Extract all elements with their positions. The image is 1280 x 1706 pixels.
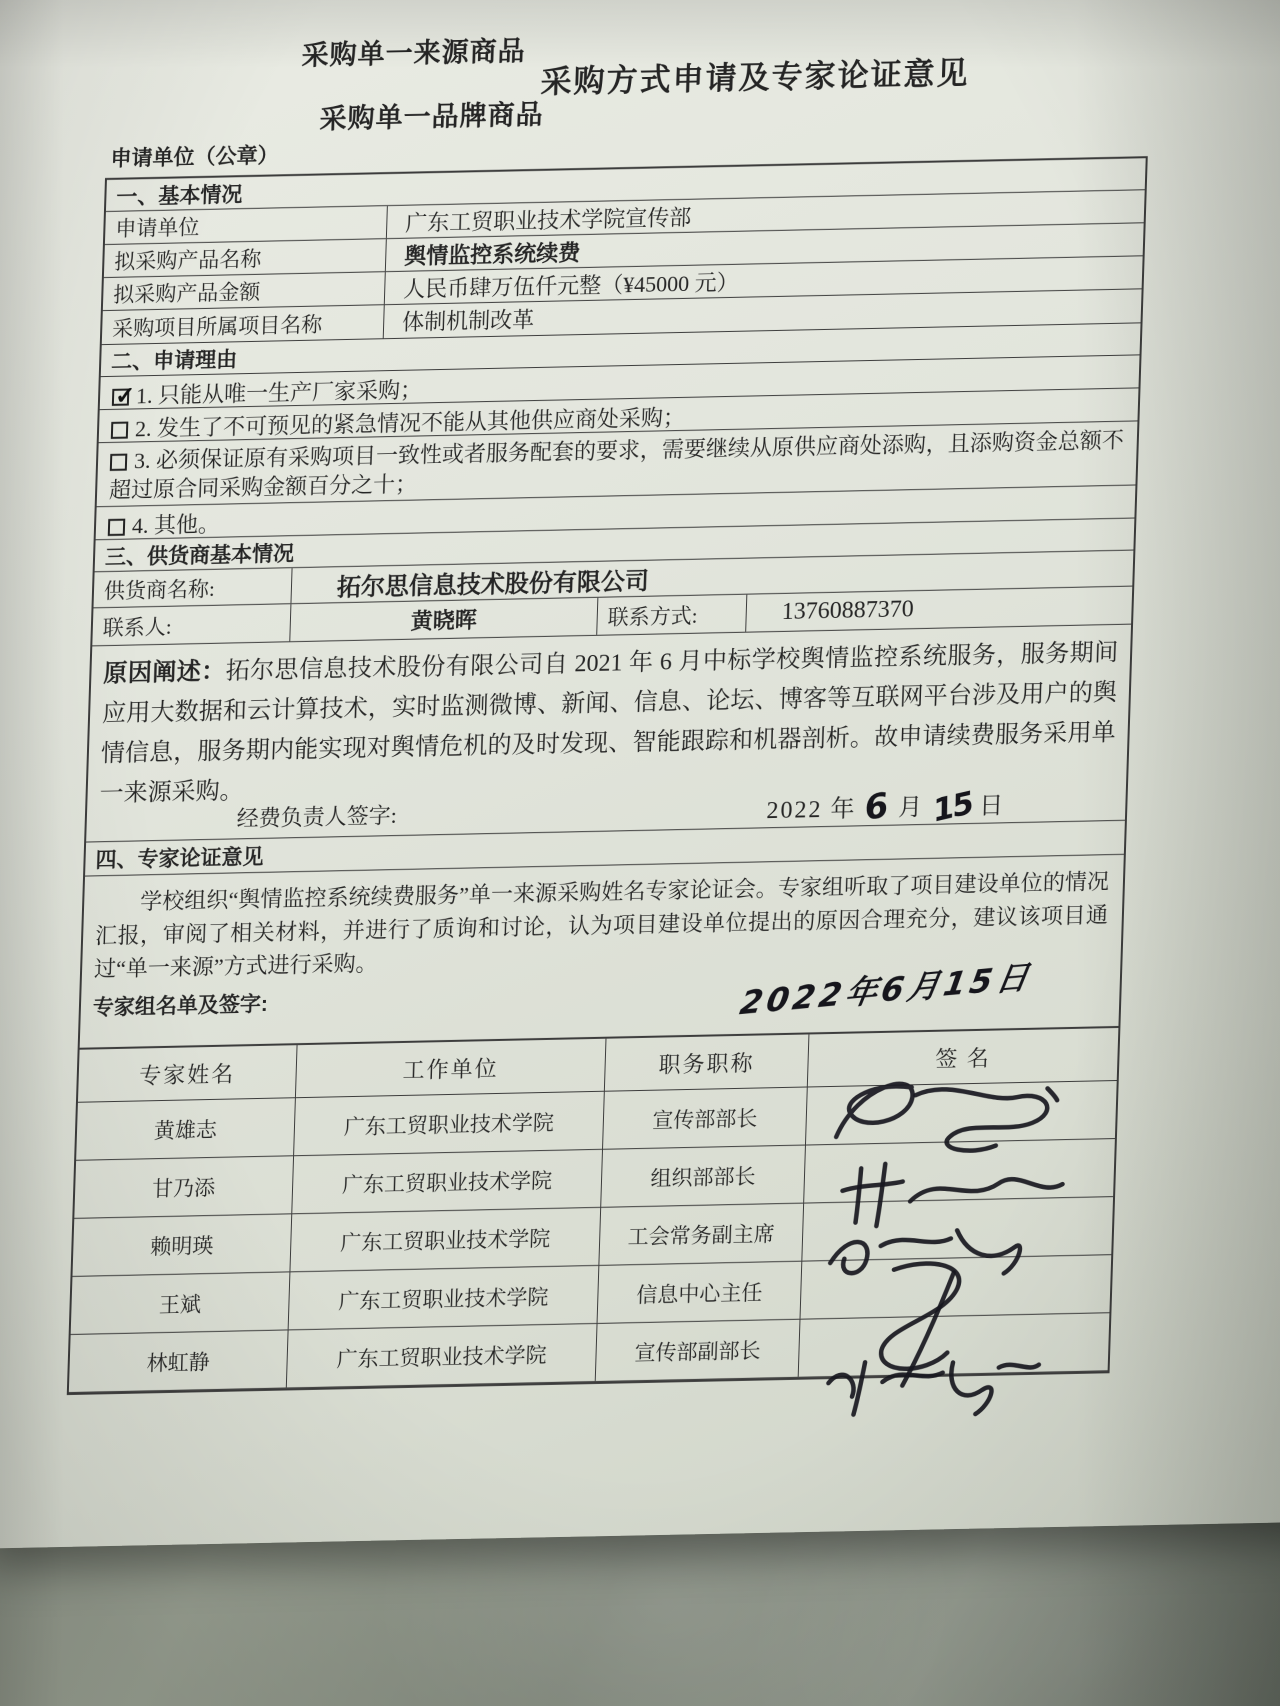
reason-option-text: 1. 只能从唯一生产厂家采购； — [136, 377, 423, 408]
expert-table-header-org: 工作单位 — [295, 1039, 606, 1098]
checkbox-checked — [112, 389, 130, 406]
expert-name: 王斌 — [71, 1271, 290, 1334]
handwritten-month: 6 — [863, 785, 893, 829]
row-label: 拟采购产品名称 — [104, 239, 387, 277]
contact-name: 黄晓晖 — [290, 601, 597, 638]
section2-title: 二、申请理由 — [101, 343, 238, 376]
date-month-unit: 月 — [898, 795, 925, 822]
approval-date: 2022 年 6 月 15 日 — [766, 782, 1006, 827]
form-table: 一、基本情况 申请单位 广东工贸职业技术学院宣传部 拟采购产品名称 舆情监控系统… — [67, 156, 1148, 1395]
checkbox-unchecked — [108, 519, 126, 536]
handwritten-day: 15 — [930, 785, 975, 829]
checkbox-unchecked — [111, 422, 129, 439]
expert-name: 甘乃添 — [74, 1155, 293, 1218]
row-label: 申请单位 — [105, 206, 388, 244]
form-content: 采购单一来源商品 采购方式申请及专家论证意见 采购单一品牌商品 申请单位（公章）… — [0, 0, 1280, 1563]
section4-title: 四、专家论证意见 — [85, 840, 264, 874]
expert-name: 林虹静 — [69, 1329, 288, 1392]
expert-org: 广东工贸职业技术学院 — [286, 1323, 597, 1388]
row-label: 采购项目所属项目名称 — [102, 305, 385, 344]
panel-label: 专家组名单及签字: — [92, 988, 268, 1022]
expert-title: 组织部部长 — [600, 1145, 805, 1207]
form-option-single-source: 采购单一来源商品 — [301, 29, 526, 73]
expert-title: 信息中心主任 — [597, 1261, 802, 1323]
budget-signer-label: 经费负责人签字: — [236, 799, 397, 833]
reason-statement-cell: 原因阐述：拓尔思信息技术股份有限公司自 2021 年 6 月中标学校舆情监控系统… — [86, 625, 1131, 843]
photo-of-document: 采购单一来源商品 采购方式申请及专家论证意见 采购单一品牌商品 申请单位（公章）… — [0, 0, 1280, 1706]
expert-table-header-name: 专家姓名 — [78, 1045, 297, 1102]
expert-org: 广东工贸职业技术学院 — [288, 1265, 599, 1330]
row-value: 广东工贸职业技术学院宣传部 — [387, 200, 692, 237]
date-year: 2022 — [766, 797, 823, 824]
checkbox-unchecked — [110, 454, 128, 471]
section1-title: 一、基本情况 — [106, 178, 243, 211]
apply-unit-seal-label: 申请单位（公章） — [110, 139, 279, 173]
signature-linhongjing — [808, 1328, 1052, 1448]
section3-title: 三、供货商基本情况 — [95, 537, 295, 571]
row-value: 体制机制改革 — [384, 303, 535, 337]
expert-org: 广东工贸职业技术学院 — [293, 1091, 604, 1156]
expert-org: 广东工贸职业技术学院 — [289, 1207, 600, 1272]
supplier-name: 拓尔思信息技术股份有限公司 — [291, 561, 649, 604]
contact-label: 联系人: — [92, 604, 291, 645]
expert-table-header-title: 职务职称 — [604, 1034, 809, 1090]
form-option-single-brand: 采购单一品牌商品 — [319, 93, 544, 137]
date-year-unit: 年 — [830, 796, 857, 823]
expert-title: 宣传部部长 — [602, 1087, 807, 1149]
reason-statement-label: 原因阐述： — [103, 659, 226, 688]
expert-title: 工会常务副主席 — [598, 1203, 803, 1265]
expert-title: 宣传部副部长 — [595, 1319, 800, 1381]
page-title: 采购方式申请及专家论证意见 — [540, 48, 970, 102]
reason-option-text: 4. 其他。 — [132, 512, 221, 539]
expert-name: 赖明瑛 — [72, 1213, 291, 1276]
expert-name: 黄雄志 — [76, 1097, 295, 1160]
date-day-unit: 日 — [979, 793, 1006, 820]
phone-number: 13760887370 — [746, 596, 914, 627]
expert-org: 广东工贸职业技术学院 — [291, 1149, 602, 1214]
phone-label: 联系方式: — [596, 595, 747, 635]
row-value: 舆情监控系统续费 — [386, 236, 581, 271]
supplier-label: 供货商名称: — [94, 568, 293, 607]
row-label: 拟采购产品金额 — [103, 272, 386, 310]
